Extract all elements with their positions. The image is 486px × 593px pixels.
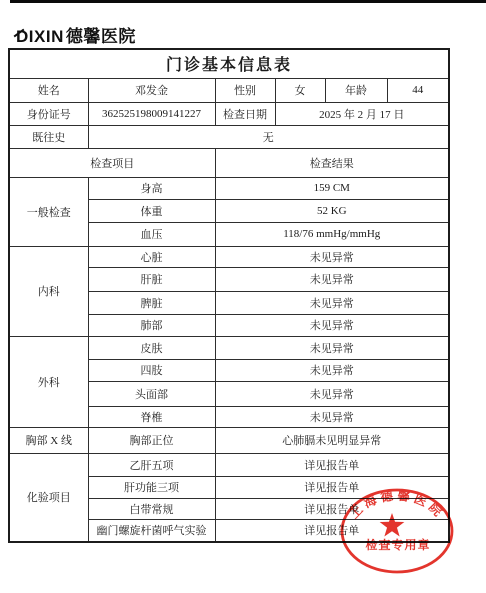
table-row: 身份证号 362525198009141227 检查日期 2025 年 2 月 … — [9, 102, 449, 125]
exam-date-label: 检查日期 — [215, 102, 275, 125]
age-label: 年龄 — [325, 78, 387, 102]
exam-item: 脾脏 — [88, 291, 215, 314]
stamp-arc-text: 上海德馨医院 — [346, 488, 448, 522]
exam-result: 未见异常 — [215, 291, 449, 314]
exam-result: 159 CM — [215, 177, 449, 199]
group-label-internal: 内科 — [9, 246, 88, 336]
age-value: 44 — [387, 78, 449, 102]
exam-result: 未见异常 — [215, 381, 449, 406]
name-value: 邓发金 — [88, 78, 215, 102]
exam-item: 头面部 — [88, 381, 215, 406]
logo-letter-d: D — [16, 27, 29, 47]
exam-result: 详见报告单 — [215, 453, 449, 476]
column-header-result: 检查结果 — [215, 148, 449, 177]
exam-result: 未见异常 — [215, 359, 449, 381]
table-row: 胸部 X 线 胸部正位 心肺膈未见明显异常 — [9, 427, 449, 453]
table-row: 外科 皮肤 未见异常 — [9, 336, 449, 359]
logo-letters: IXIN — [29, 27, 64, 46]
gender-label: 性别 — [215, 78, 275, 102]
exam-result: 心肺膈未见明显异常 — [215, 427, 449, 453]
stamp-star-icon — [380, 513, 405, 537]
table-row: 化验项目 乙肝五项 详见报告单 — [9, 453, 449, 476]
exam-item: 肝脏 — [88, 267, 215, 291]
table-row: 一般检查 身高 159 CM — [9, 177, 449, 199]
exam-item: 体重 — [88, 199, 215, 222]
exam-item: 心脏 — [88, 246, 215, 267]
group-label-general: 一般检查 — [9, 177, 88, 246]
hospital-stamp: 上海德馨医院 检查专用章 — [337, 486, 457, 574]
exam-item: 胸部正位 — [88, 427, 215, 453]
id-value: 362525198009141227 — [88, 102, 215, 125]
table-row: 门诊基本信息表 — [9, 49, 449, 78]
exam-item: 四肢 — [88, 359, 215, 381]
exam-item: 肺部 — [88, 314, 215, 336]
history-label: 既往史 — [9, 125, 88, 148]
exam-item: 幽门螺旋杆菌呼气实验 — [88, 519, 215, 542]
table-row: 内科 心脏 未见异常 — [9, 246, 449, 267]
exam-item: 皮肤 — [88, 336, 215, 359]
exam-result: 52 KG — [215, 199, 449, 222]
logo-hospital-name: 德馨医院 — [66, 27, 136, 46]
exam-item: 肝功能三项 — [88, 476, 215, 498]
id-label: 身份证号 — [9, 102, 88, 125]
outpatient-form-table: 门诊基本信息表 姓名 邓发金 性别 女 年龄 44 身份证号 362525198… — [8, 48, 450, 543]
name-label: 姓名 — [9, 78, 88, 102]
group-label-lab: 化验项目 — [9, 453, 88, 542]
column-header-item: 检查项目 — [9, 148, 215, 177]
exam-result: 未见异常 — [215, 267, 449, 291]
scan-edge-artifact — [10, 0, 486, 3]
history-value: 无 — [88, 125, 449, 148]
form-title: 门诊基本信息表 — [9, 49, 449, 78]
exam-date-value: 2025 年 2 月 17 日 — [275, 102, 449, 125]
exam-result: 未见异常 — [215, 246, 449, 267]
table-row: 既往史 无 — [9, 125, 449, 148]
exam-result: 118/76 mmHg/mmHg — [215, 222, 449, 246]
exam-item: 乙肝五项 — [88, 453, 215, 476]
exam-item: 白带常规 — [88, 498, 215, 519]
exam-item: 血压 — [88, 222, 215, 246]
exam-item: 脊椎 — [88, 406, 215, 427]
svg-text:上海德馨医院: 上海德馨医院 — [346, 488, 448, 522]
gender-value: 女 — [275, 78, 325, 102]
group-label-chest-xray: 胸部 X 线 — [9, 427, 88, 453]
table-row: 姓名 邓发金 性别 女 年龄 44 — [9, 78, 449, 102]
exam-item: 身高 — [88, 177, 215, 199]
exam-result: 未见异常 — [215, 336, 449, 359]
exam-result: 未见异常 — [215, 314, 449, 336]
exam-result: 未见异常 — [215, 406, 449, 427]
group-label-surgical: 外科 — [9, 336, 88, 427]
table-row: 检查项目 检查结果 — [9, 148, 449, 177]
hospital-logo: DIXIN德馨医院 — [16, 22, 136, 47]
stamp-bottom-text: 检查专用章 — [365, 537, 430, 552]
